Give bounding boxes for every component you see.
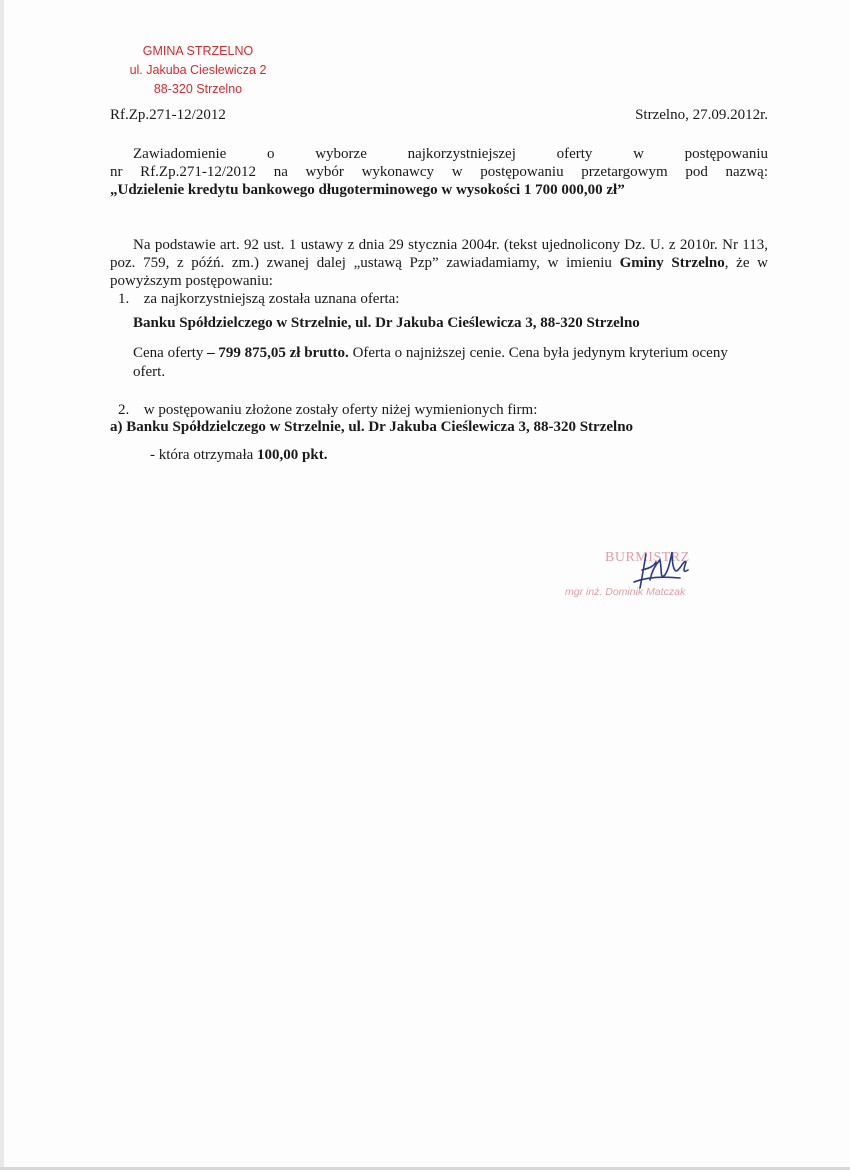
score-prefix: - która otrzymała bbox=[150, 447, 257, 463]
subject-line-1: Zawiadomienie o wyborze najkorzystniejsz… bbox=[110, 145, 768, 163]
subject-title: „Udzielenie kredytu bankowego długotermi… bbox=[110, 181, 768, 199]
offer-a-score: - która otrzymała 100,00 pkt. bbox=[150, 447, 327, 464]
place-date: Strzelno, 27.09.2012r. bbox=[635, 107, 768, 124]
letterhead-city: 88-320 Strzelno bbox=[103, 80, 293, 99]
price-value: – 799 875,05 zł brutto. bbox=[207, 345, 349, 361]
legal-basis: Na podstawie art. 92 ust. 1 ustawy z dni… bbox=[110, 236, 768, 290]
item-2-text: w postępowaniu złożone zostały oferty ni… bbox=[144, 402, 538, 418]
item-2: 2. w postępowaniu złożone zostały oferty… bbox=[118, 401, 537, 419]
letterhead: GMINA STRZELNO ul. Jakuba Cieslewicza 2 … bbox=[103, 42, 293, 99]
subject-line-2: nr Rf.Zp.271-12/2012 na wybór wykonawcy … bbox=[110, 163, 768, 181]
winning-offer: Banku Spółdzielczego w Strzelnie, ul. Dr… bbox=[133, 315, 640, 332]
subject: Zawiadomienie o wyborze najkorzystniejsz… bbox=[110, 145, 768, 199]
letterhead-street: ul. Jakuba Cieslewicza 2 bbox=[103, 61, 293, 80]
price-prefix: Cena oferty bbox=[133, 345, 207, 361]
item-1-number: 1. bbox=[118, 290, 140, 308]
scan-edge-left bbox=[0, 0, 4, 1170]
offer-price: Cena oferty – 799 875,05 zł brutto. Ofer… bbox=[133, 344, 763, 382]
offer-a: a) Banku Spółdzielczego w Strzelnie, ul.… bbox=[110, 419, 633, 436]
score-value: 100,00 pkt. bbox=[257, 447, 327, 463]
signature-icon bbox=[620, 540, 700, 600]
basis-bold: Gminy Strzelno bbox=[620, 255, 725, 271]
item-1-text: za najkorzystniejszą została uznana ofer… bbox=[144, 291, 400, 307]
letterhead-name: GMINA STRZELNO bbox=[103, 42, 293, 61]
item-2-number: 2. bbox=[118, 401, 140, 419]
item-1: 1. za najkorzystniejszą została uznana o… bbox=[118, 290, 399, 308]
reference-number: Rf.Zp.271-12/2012 bbox=[110, 107, 226, 124]
mayor-stamp: BURMISTRZ mgr inż. Dominik Matczak bbox=[565, 540, 745, 610]
